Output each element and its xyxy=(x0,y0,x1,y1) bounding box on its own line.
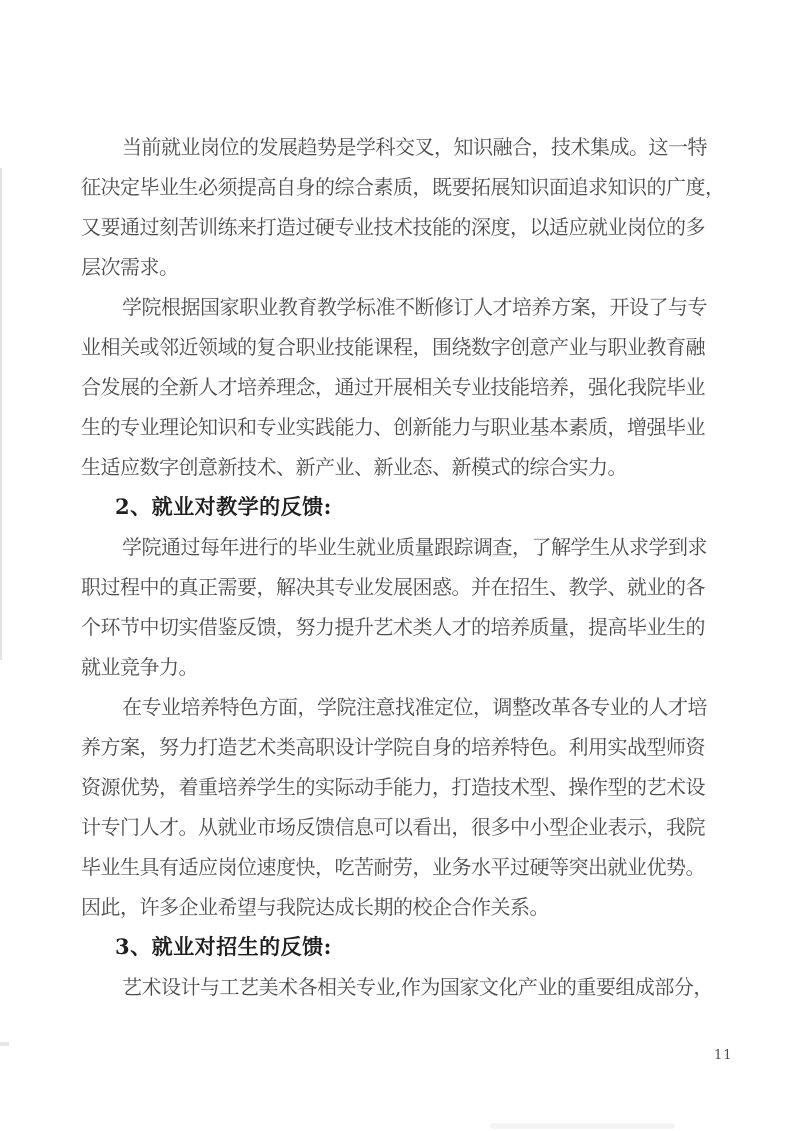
scan-artifact-bottom-smudge xyxy=(490,1123,675,1129)
paragraph-line: 学院根据国家职业教育教学标准不断修订人才培养方案，开设了与专 xyxy=(81,287,733,327)
heading-text: 2、就业对教学的反馈: xyxy=(81,487,733,527)
paragraph: 在专业培养特色方面，学院注意找准定位，调整改革各专业的人才培养方案，努力打造艺术… xyxy=(81,687,733,927)
paragraph-line: 学院通过每年进行的毕业生就业质量跟踪调查，了解学生从求学到求 xyxy=(81,527,733,567)
paragraph-line: 就业竞争力。 xyxy=(81,647,733,687)
paragraph-line: 当前就业岗位的发展趋势是学科交叉，知识融合，技术集成。这一特 xyxy=(81,127,733,167)
paragraph-line: 生的专业理论知识和专业实践能力、创新能力与职业基本素质，增强毕业 xyxy=(81,407,733,447)
scan-artifact-bottom-left xyxy=(0,1042,9,1046)
paragraph-line: 艺术设计与工艺美术各相关专业,作为国家文化产业的重要组成部分， xyxy=(81,967,733,1007)
paragraph-line: 层次需求。 xyxy=(81,247,733,287)
paragraph-line: 职过程中的真正需要，解决其专业发展困惑。并在招生、教学、就业的各 xyxy=(81,567,733,607)
paragraph-line: 业相关或邻近领域的复合职业技能课程，围绕数字创意产业与职业教育融 xyxy=(81,327,733,367)
paragraph-line: 合发展的全新人才培养理念，通过开展相关专业技能培养，强化我院毕业 xyxy=(81,367,733,407)
document-page: 当前就业岗位的发展趋势是学科交叉，知识融合，技术集成。这一特征决定毕业生必须提高… xyxy=(0,0,800,1131)
page-number: 11 xyxy=(714,1047,733,1065)
paragraph: 艺术设计与工艺美术各相关专业,作为国家文化产业的重要组成部分， xyxy=(81,967,733,1007)
paragraph-line: 征决定毕业生必须提高自身的综合素质，既要拓展知识面追求知识的广度， xyxy=(81,167,733,207)
paragraph-line: 生适应数字创意新技术、新产业、新业态、新模式的综合实力。 xyxy=(81,447,733,487)
paragraph-line: 又要通过刻苦训练来打造过硬专业技术技能的深度，以适应就业岗位的多 xyxy=(81,207,733,247)
section-heading: 3、就业对招生的反馈: xyxy=(81,927,733,967)
scan-artifact-left-edge xyxy=(0,168,2,660)
paragraph-line: 养方案，努力打造艺术类高职设计学院自身的培养特色。利用实战型师资 xyxy=(81,727,733,767)
section-heading: 2、就业对教学的反馈: xyxy=(81,487,733,527)
paragraph-line: 资源优势，着重培养学生的实际动手能力，打造技术型、操作型的艺术设 xyxy=(81,767,733,807)
paragraph: 学院通过每年进行的毕业生就业质量跟踪调查，了解学生从求学到求职过程中的真正需要，… xyxy=(81,527,733,687)
paragraph-line: 在专业培养特色方面，学院注意找准定位，调整改革各专业的人才培 xyxy=(81,687,733,727)
paragraph-line: 计专门人才。从就业市场反馈信息可以看出，很多中小型企业表示，我院 xyxy=(81,807,733,847)
document-body: 当前就业岗位的发展趋势是学科交叉，知识融合，技术集成。这一特征决定毕业生必须提高… xyxy=(81,127,733,1007)
heading-text: 3、就业对招生的反馈: xyxy=(81,927,733,967)
paragraph: 学院根据国家职业教育教学标准不断修订人才培养方案，开设了与专业相关或邻近领域的复… xyxy=(81,287,733,487)
paragraph: 当前就业岗位的发展趋势是学科交叉，知识融合，技术集成。这一特征决定毕业生必须提高… xyxy=(81,127,733,287)
paragraph-line: 因此，许多企业希望与我院达成长期的校企合作关系。 xyxy=(81,887,733,927)
paragraph-line: 个环节中切实借鉴反馈，努力提升艺术类人才的培养质量，提高毕业生的 xyxy=(81,607,733,647)
paragraph-line: 毕业生具有适应岗位速度快，吃苦耐劳，业务水平过硬等突出就业优势。 xyxy=(81,847,733,887)
